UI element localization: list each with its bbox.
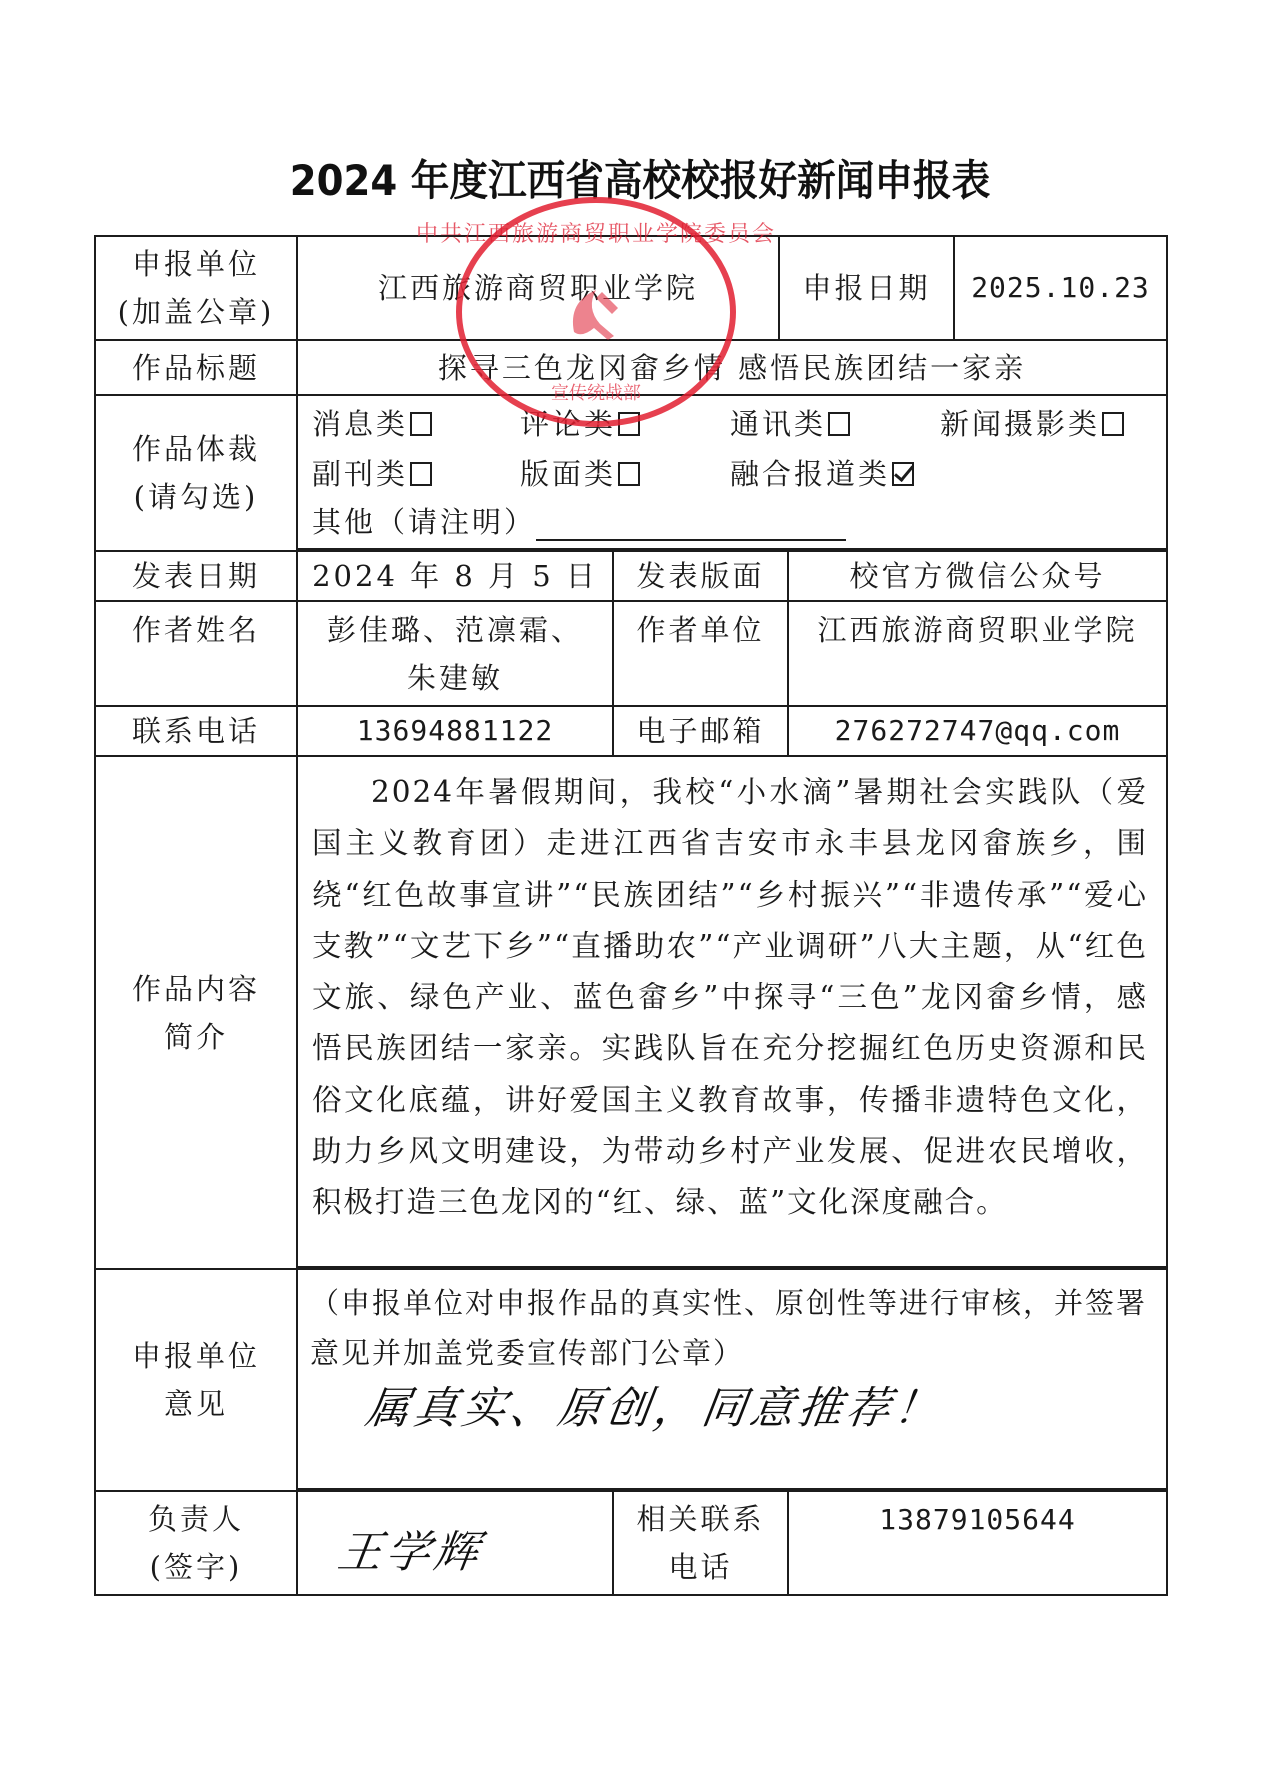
genre-other-label: 其他（请注明）	[312, 505, 536, 539]
checkbox-icon[interactable]	[828, 412, 850, 436]
phone-value: 13694881122	[357, 707, 553, 755]
author-unit-label-cell: 作者单位	[612, 600, 789, 707]
email-label-cell: 电子邮箱	[612, 705, 789, 757]
publish-layout-value: 校官方微信公众号	[849, 552, 1105, 600]
apply-date-label-cell: 申报日期	[778, 235, 955, 341]
opinion-handwritten: 属真实、原创，同意推荐！	[362, 1384, 945, 1434]
author-name-value-cell: 彭佳璐、范凛霜、 朱建敏	[296, 600, 614, 707]
responsible-signature-cell: 王学辉	[296, 1490, 614, 1596]
author-name-label-cell: 作者姓名	[94, 600, 298, 707]
contact-phone-label: 相关联系	[636, 1495, 764, 1543]
document-title: 2024 年度江西省高校校报好新闻申报表	[51, 148, 1229, 208]
genre-options: 消息类 评论类 通讯类 新闻摄影类 副刊类 版面类 融合报道类 其他（请注明）	[296, 394, 1168, 550]
email-label: 电子邮箱	[636, 707, 764, 755]
unit-label: 申报单位	[132, 240, 260, 288]
publish-layout-label-cell: 发表版面	[612, 550, 789, 602]
apply-date-value-cell: 2025.10.23	[953, 235, 1168, 341]
genre-label-cell: 作品体裁 (请勾选)	[94, 394, 298, 552]
genre-option-converged-media[interactable]: 融合报道类	[730, 452, 914, 493]
summary-label-line2: 简介	[164, 1013, 228, 1061]
genre-option-other: 其他（请注明）	[312, 500, 846, 541]
publish-date-label-cell: 发表日期	[94, 550, 298, 602]
author-unit-label: 作者单位	[636, 606, 764, 654]
opinion-label-cell: 申报单位 意见	[94, 1268, 298, 1492]
author-name-line2: 朱建敏	[407, 654, 503, 702]
phone-label: 联系电话	[132, 707, 260, 755]
checkbox-icon[interactable]	[1102, 412, 1124, 436]
responsible-signature: 王学辉	[335, 1529, 486, 1577]
author-unit-value-cell: 江西旅游商贸职业学院	[787, 600, 1168, 707]
apply-date-value: 2025.10.23	[971, 264, 1150, 312]
author-name-line1: 彭佳璐、范凛霜、	[327, 606, 583, 654]
author-unit-value: 江西旅游商贸职业学院	[817, 606, 1137, 654]
opinion-cell: （申报单位对申报作品的真实性、原创性等进行审核，并签署意见并加盖党委宣传部门公章…	[296, 1268, 1168, 1490]
genre-option-layout[interactable]: 版面类	[520, 452, 640, 493]
contact-phone-value: 13879105644	[879, 1496, 1075, 1544]
unit-value-cell: 江西旅游商贸职业学院	[296, 235, 780, 341]
checkbox-icon[interactable]	[618, 412, 640, 436]
summary-label-cell: 作品内容 简介	[94, 755, 298, 1270]
publish-date-label: 发表日期	[132, 552, 260, 600]
email-value: 276272747@qq.com	[835, 707, 1121, 755]
checkbox-icon[interactable]	[410, 412, 432, 436]
work-title-value: 探寻三色龙冈畲乡情 感悟民族团结一家亲	[438, 344, 1026, 392]
contact-phone-label-line2: 电话	[668, 1543, 732, 1591]
genre-option-commentary[interactable]: 评论类	[520, 402, 640, 443]
contact-phone-label-cell: 相关联系 电话	[612, 1490, 789, 1596]
responsible-label: 负责人	[148, 1495, 244, 1543]
genre-option-correspondence[interactable]: 通讯类	[730, 402, 850, 443]
checkbox-checked-icon[interactable]	[892, 462, 914, 486]
responsible-label-note: (签字)	[150, 1543, 243, 1591]
unit-label-note: (加盖公章)	[118, 288, 275, 336]
unit-value: 江西旅游商贸职业学院	[378, 264, 698, 312]
work-title-label: 作品标题	[132, 344, 260, 392]
responsible-label-cell: 负责人 (签字)	[94, 1490, 298, 1596]
unit-label-cell: 申报单位 (加盖公章)	[94, 235, 298, 341]
work-title-value-cell: 探寻三色龙冈畲乡情 感悟民族团结一家亲	[296, 339, 1168, 396]
checkbox-icon[interactable]	[410, 462, 432, 486]
email-value-cell: 276272747@qq.com	[787, 705, 1168, 757]
genre-label: 作品体裁	[132, 425, 260, 473]
genre-label-note: (请勾选)	[134, 473, 259, 521]
phone-label-cell: 联系电话	[94, 705, 298, 757]
opinion-label: 申报单位	[132, 1332, 260, 1380]
genre-other-input[interactable]	[536, 511, 846, 541]
publish-layout-value-cell: 校官方微信公众号	[787, 550, 1168, 602]
opinion-instruction: （申报单位对申报作品的真实性、原创性等进行审核，并签署意见并加盖党委宣传部门公章…	[310, 1278, 1156, 1378]
genre-option-news[interactable]: 消息类	[312, 402, 432, 443]
apply-date-label: 申报日期	[802, 264, 930, 312]
checkbox-icon[interactable]	[618, 462, 640, 486]
author-name-label: 作者姓名	[132, 606, 260, 654]
publish-layout-label: 发表版面	[636, 552, 764, 600]
contact-phone-value-cell: 13879105644	[787, 1490, 1168, 1596]
genre-option-photojournalism[interactable]: 新闻摄影类	[940, 402, 1124, 443]
summary-text: 2024年暑假期间，我校“小水滴”暑期社会实践队（爱国主义教育团）走进江西省吉安…	[296, 755, 1168, 1268]
genre-option-supplement[interactable]: 副刊类	[312, 452, 432, 493]
phone-value-cell: 13694881122	[296, 705, 614, 757]
publish-date-value-cell: 2024 年 8 月 5 日	[296, 550, 614, 602]
summary-label: 作品内容	[132, 965, 260, 1013]
publish-date-value: 2024 年 8 月 5 日	[312, 552, 598, 600]
work-title-label-cell: 作品标题	[94, 339, 298, 396]
opinion-label-line2: 意见	[164, 1380, 228, 1428]
